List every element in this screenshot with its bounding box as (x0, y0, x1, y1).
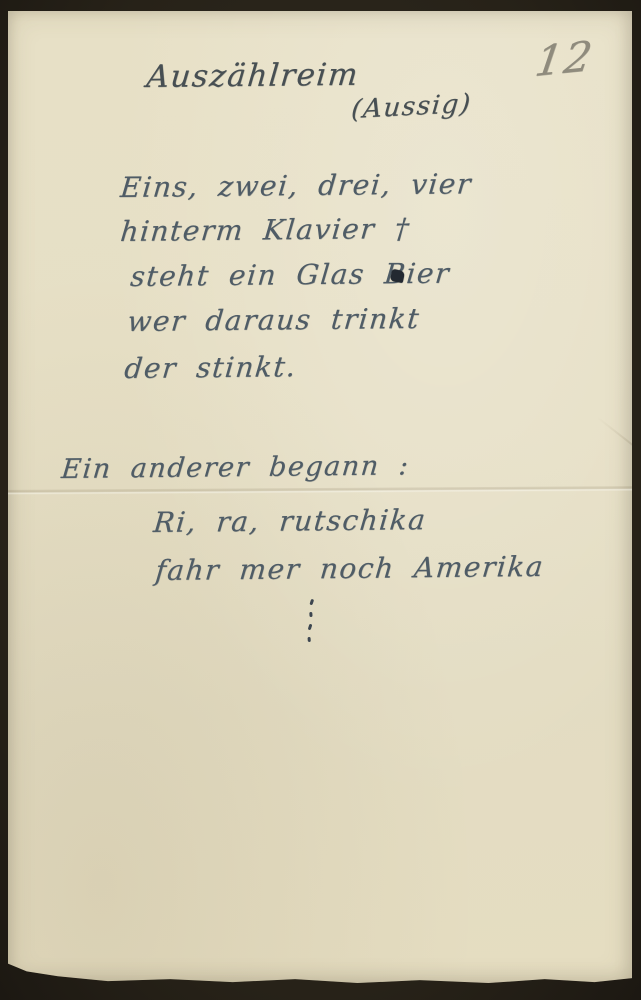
verse2-line-1: Ri, ra, rutschika (152, 503, 428, 539)
interlude-line: Ein anderer begann : (60, 450, 411, 485)
poem-subtitle: (Aussig) (350, 89, 473, 125)
verse1-line-5: der stinkt. (123, 350, 298, 385)
poem-title: Auszählreim (145, 57, 361, 95)
fold-crease (8, 486, 632, 495)
verse2-line-2: fahr mer noch Amerika (154, 550, 546, 587)
continuation-dots-mark (308, 599, 314, 642)
page-number: 12 (532, 31, 597, 86)
verse1-line-2: hinterm Klavier † (119, 212, 412, 248)
ink-blot (390, 269, 405, 283)
manuscript-page: 12 Auszählreim (Aussig) Eins, zwei, drei… (8, 11, 632, 985)
verse1-line-4: wer daraus trinkt (126, 302, 422, 338)
corner-crease (596, 416, 635, 447)
verse1-line-1: Eins, zwei, drei, vier (119, 167, 474, 204)
